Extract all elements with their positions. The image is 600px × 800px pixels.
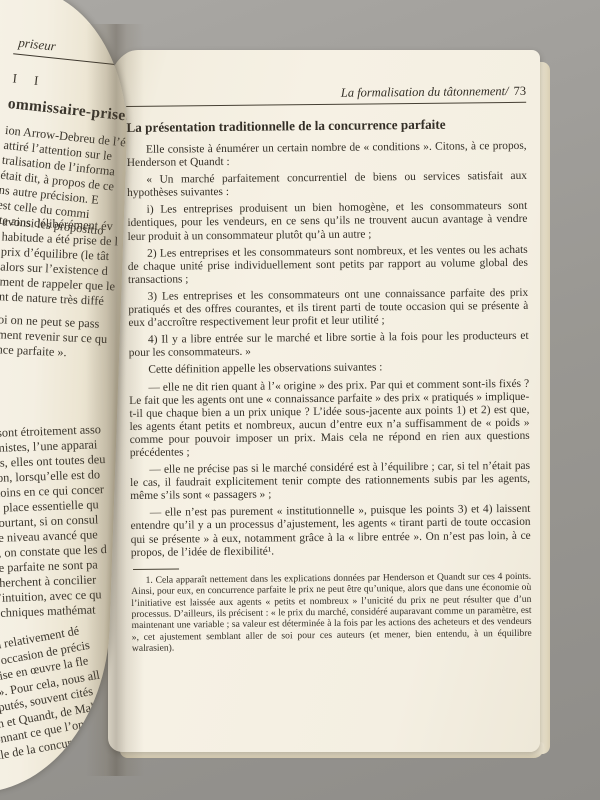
book-right-page: La formalisation du tâtonnement/ 73 La p… <box>108 50 540 752</box>
body-paragraph: 3) Les entreprises et les consommateurs … <box>128 287 528 330</box>
body-text: Elle consiste à énumérer un certain nomb… <box>127 140 531 560</box>
body-paragraph: « Un marché parfaitement concurrentiel d… <box>127 170 527 200</box>
footnote-rule <box>133 568 179 569</box>
header-rule <box>126 102 526 107</box>
right-page-content: La formalisation du tâtonnement/ 73 La p… <box>126 84 532 655</box>
body-paragraph: 2) Les entreprises et les consommateurs … <box>128 243 528 286</box>
body-paragraph: Cette définition appelle les observation… <box>129 360 529 377</box>
left-page-middle-block: avons délibérément évhabitude a été pris… <box>0 204 132 363</box>
body-paragraph: — elle ne précise pas si le marché consi… <box>130 460 530 503</box>
body-paragraph: Elle consiste à énumérer un certain nomb… <box>127 140 527 170</box>
running-header: La formalisation du tâtonnement/ 73 <box>126 84 526 103</box>
body-paragraph: 4) Il y a libre entrée sur le marché et … <box>129 330 529 360</box>
page-number: 73 <box>513 84 526 99</box>
body-paragraph: i) Les entreprises produisent un bien ho… <box>127 200 527 243</box>
body-paragraph: — elle n’est pas purement « institutionn… <box>130 503 531 560</box>
running-header-title: La formalisation du tâtonnement/ <box>341 84 509 101</box>
footnote-text: 1. Cela apparaît nettement dans les expl… <box>131 571 532 655</box>
left-text-middle: avons délibérément évhabitude a été pris… <box>0 214 132 363</box>
body-paragraph: — elle ne dit rien quant à l’« origine »… <box>129 377 530 460</box>
chapter-title-fragment: ommissaire-priseur <box>7 95 132 129</box>
section-heading: La présentation traditionnelle de la con… <box>126 116 526 136</box>
